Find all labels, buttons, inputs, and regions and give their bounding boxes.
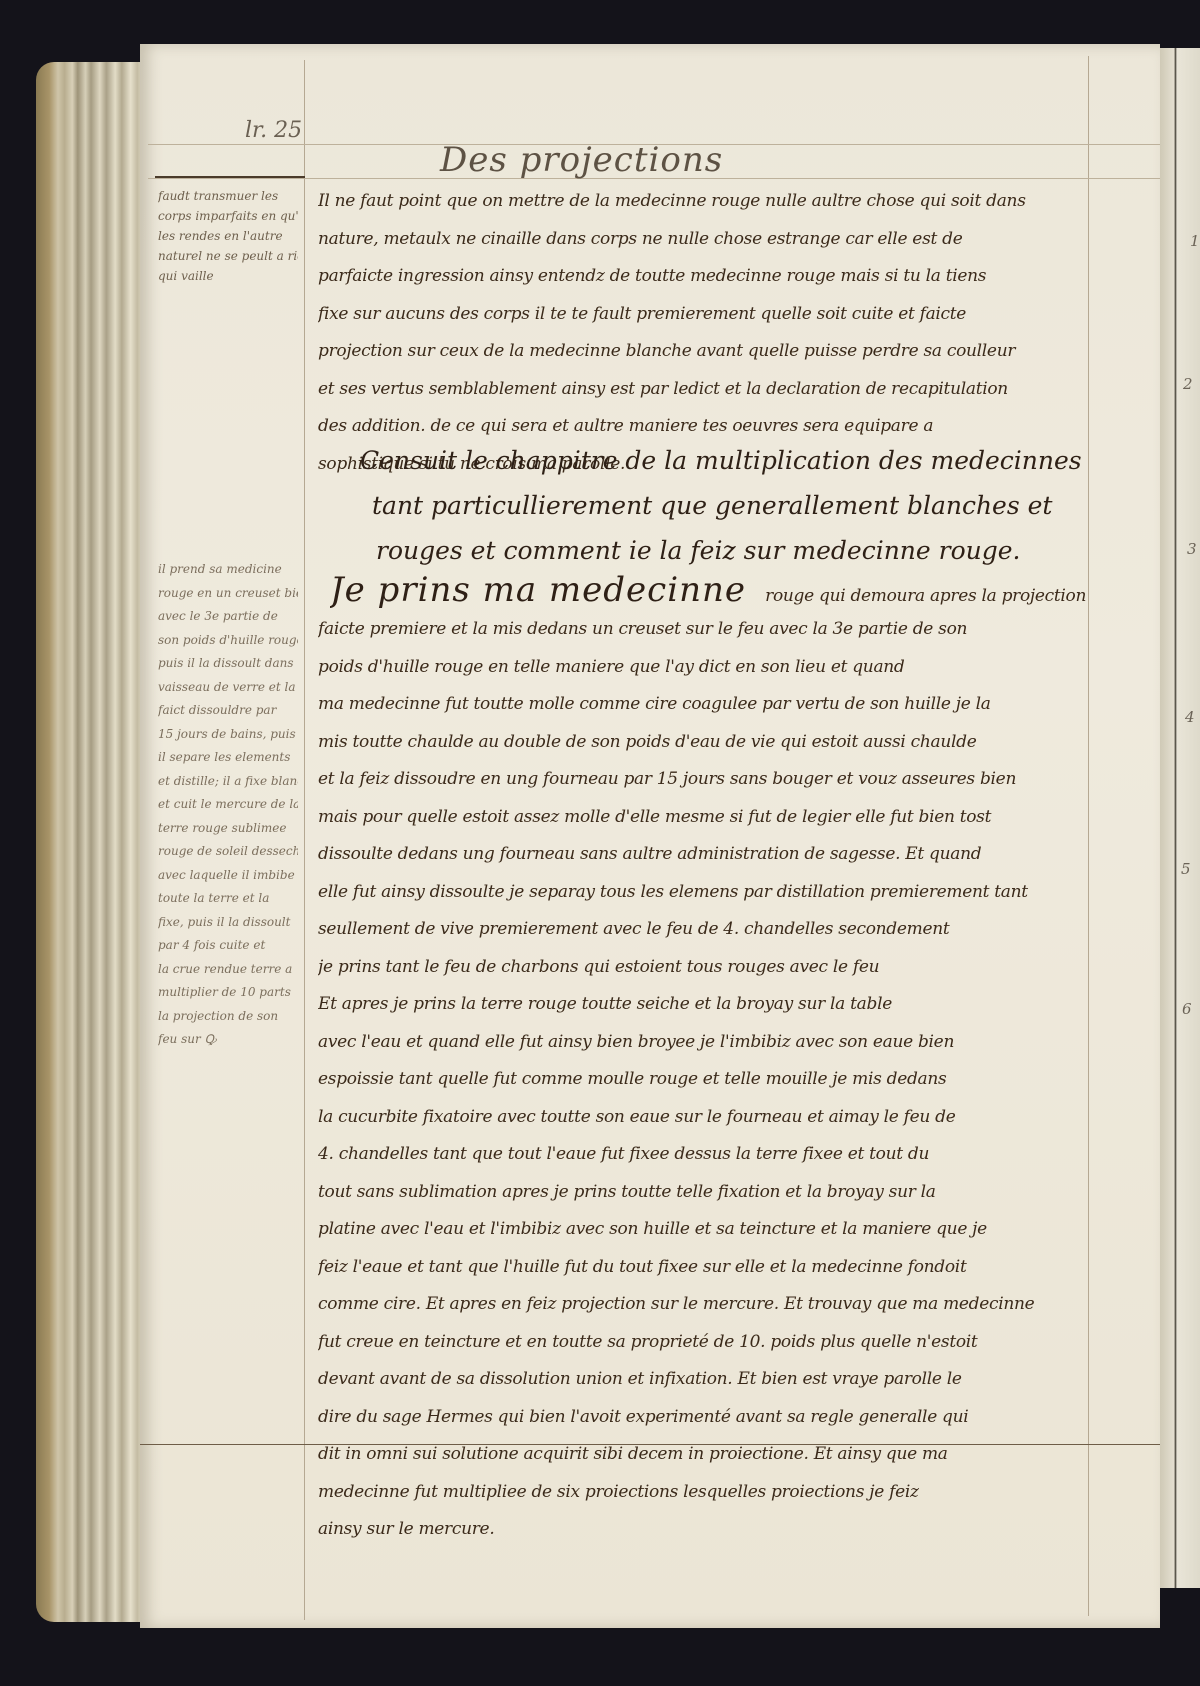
- text-line: je prins tant le feu de charbons qui est…: [318, 949, 1078, 987]
- text-line: mais pour quelle estoit assez molle d'el…: [318, 799, 1078, 837]
- text-line: Il ne faut point que on mettre de la med…: [318, 183, 1078, 221]
- text-line: et la feiz dissoudre en ung fourneau par…: [318, 761, 1078, 799]
- text-line: parfaicte ingression ainsy entendz de to…: [318, 258, 1078, 296]
- incipit-line: Je prins ma medecinne rouge qui demoura …: [330, 566, 1090, 614]
- marginal-line: faict dissouldre par: [158, 699, 298, 723]
- marginal-line: faudt transmuer les: [158, 186, 298, 206]
- marginal-line: et cuit le mercure de la: [158, 793, 298, 817]
- folio-number: lr. 25: [245, 118, 302, 143]
- text-line: comme cire. Et apres en feiz projection …: [318, 1286, 1078, 1324]
- marginal-line: vaisseau de verre et la: [158, 676, 298, 700]
- marginal-line: la crue rendue terre a: [158, 958, 298, 982]
- text-line: poids d'huille rouge en telle maniere qu…: [318, 649, 1078, 687]
- text-line: faicte premiere et la mis dedans un creu…: [318, 611, 1078, 649]
- top-rule-text-start: [155, 176, 305, 178]
- text-line: medecinne fut multipliee de six proiecti…: [318, 1474, 1078, 1512]
- marginal-line: puis il la dissoult dans: [158, 652, 298, 676]
- marginal-line: 15 jours de bains, puis: [158, 723, 298, 747]
- text-line: platine avec l'eau et l'imbibiz avec son…: [318, 1211, 1078, 1249]
- marginal-note-top: faudt transmuer les corps imparfaits en …: [158, 186, 298, 286]
- facing-numeral: 6: [1182, 1000, 1192, 1018]
- marginal-line: feu sur Ꝙ: [158, 1028, 298, 1052]
- text-line: et ses vertus semblablement ainsy est pa…: [318, 371, 1078, 409]
- text-line: fut creue en teincture et en toutte sa p…: [318, 1324, 1078, 1362]
- text-line: Et apres je prins la terre rouge toutte …: [318, 986, 1078, 1024]
- marginal-line: terre rouge sublimee: [158, 817, 298, 841]
- marginal-line: il separe les elements: [158, 746, 298, 770]
- margin-rule-left: [304, 60, 305, 1620]
- marginal-line: la projection de son: [158, 1005, 298, 1029]
- marginal-line: fixe, puis il la dissoult: [158, 911, 298, 935]
- text-line: feiz l'eaue et tant que l'huille fut du …: [318, 1249, 1078, 1287]
- incipit-rest-text: rouge qui demoura apres la projection: [765, 586, 1086, 606]
- text-line: avec l'eau et quand elle fut ainsy bien …: [318, 1024, 1078, 1062]
- margin-rule-right: [1088, 56, 1089, 1616]
- text-line: tout sans sublimation apres je prins tou…: [318, 1174, 1078, 1212]
- text-line: dissoulte dedans ung fourneau sans aultr…: [318, 836, 1078, 874]
- marginal-line: corps imparfaits en qu'il: [158, 206, 298, 226]
- text-line: mis toutte chaulde au double de son poid…: [318, 724, 1078, 762]
- marginal-line: par 4 fois cuite et: [158, 934, 298, 958]
- facing-page-edge: [1160, 48, 1200, 1588]
- marginal-line: rouge de soleil desseche: [158, 840, 298, 864]
- text-line: elle fut ainsy dissoulte je separay tous…: [318, 874, 1078, 912]
- text-line: la cucurbite fixatoire avec toutte son e…: [318, 1099, 1078, 1137]
- marginal-line: les rendes en l'autre: [158, 226, 298, 246]
- marginal-line: avec le 3e partie de: [158, 605, 298, 629]
- marginal-line: il prend sa medicine: [158, 558, 298, 582]
- facing-numeral: 2: [1183, 375, 1193, 393]
- text-line: fixe sur aucuns des corps il te te fault…: [318, 296, 1078, 334]
- chapter-heading: Censuit le chappitre de la multiplicatio…: [360, 438, 1100, 573]
- text-line: seullement de vive premierement avec le …: [318, 911, 1078, 949]
- text-line: devant avant de sa dissolution union et …: [318, 1361, 1078, 1399]
- text-line: ainsy sur le mercure.: [318, 1511, 1078, 1549]
- text-line: dit in omni sui solutione acquirit sibi …: [318, 1436, 1078, 1474]
- text-line: projection sur ceux de la medecinne blan…: [318, 333, 1078, 371]
- marginal-note-middle: il prend sa medicine rouge en un creuset…: [158, 558, 298, 1052]
- text-line: 4. chandelles tant que tout l'eaue fut f…: [318, 1136, 1078, 1174]
- marginal-line: rouge en un creuset bien: [158, 582, 298, 606]
- facing-numeral: 1: [1190, 232, 1200, 250]
- text-line: nature, metaulx ne cinaille dans corps n…: [318, 221, 1078, 259]
- heading-line: tant particullierement que generallement…: [360, 483, 1100, 528]
- book-page-stack: [36, 62, 146, 1622]
- text-line: ma medecinne fut toutte molle comme cire…: [318, 686, 1078, 724]
- marginal-line: et distille; il a fixe blanc: [158, 770, 298, 794]
- marginal-line: toute la terre et la: [158, 887, 298, 911]
- facing-numeral: 3: [1187, 540, 1197, 558]
- marginal-line: naturel ne se peult a riens: [158, 246, 298, 266]
- paragraph-2: faicte premiere et la mis dedans un creu…: [318, 611, 1078, 1549]
- marginal-line: qui vaille: [158, 266, 298, 286]
- running-title: Des projections: [440, 140, 723, 180]
- marginal-line: avec laquelle il imbibe: [158, 864, 298, 888]
- marginal-line: multiplier de 10 parts: [158, 981, 298, 1005]
- facing-numeral: 5: [1181, 860, 1191, 878]
- marginal-line: son poids d'huille rouge: [158, 629, 298, 653]
- facing-numeral: 4: [1185, 708, 1195, 726]
- text-line: espoissie tant quelle fut comme moulle r…: [318, 1061, 1078, 1099]
- incipit-large-text: Je prins ma medecinne: [330, 570, 746, 610]
- text-line: dire du sage Hermes qui bien l'avoit exp…: [318, 1399, 1078, 1437]
- heading-line: Censuit le chappitre de la multiplicatio…: [360, 438, 1100, 483]
